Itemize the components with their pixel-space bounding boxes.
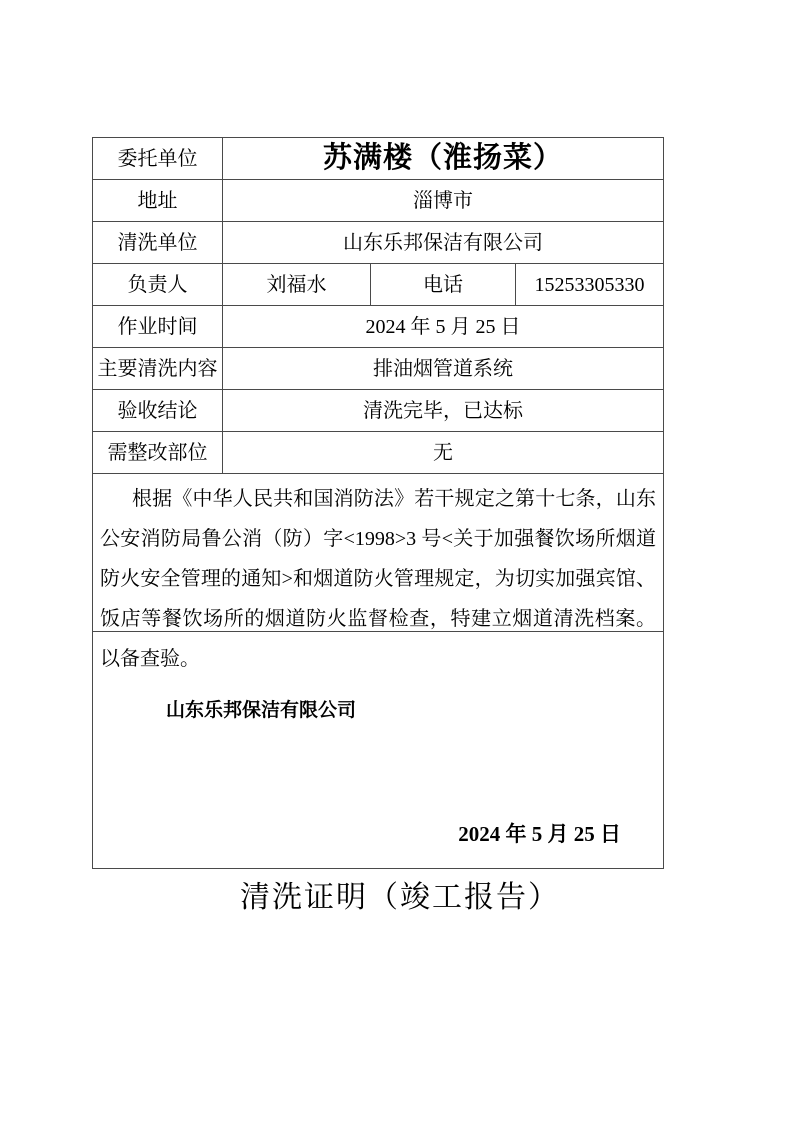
- table-row-acceptance-conclusion: 验收结论 清洗完毕，已达标: [93, 390, 663, 432]
- phone-number-value: 15253305330: [516, 264, 663, 305]
- rectification-value: 无: [223, 432, 663, 473]
- row-label-acceptance-conclusion: 验收结论: [93, 390, 223, 431]
- signature-date: 2024 年 5 月 25 日: [458, 818, 621, 848]
- document-page: 委托单位 苏满楼（淮扬菜） 地址 淄博市 清洗单位 山东乐邦保洁有限公司 负责人…: [0, 0, 800, 1131]
- table-row-rectification: 需整改部位 无: [93, 432, 663, 474]
- table-row-person-in-charge: 负责人 刘福水 电话 15253305330: [93, 264, 663, 306]
- row-label-client: 委托单位: [93, 138, 223, 179]
- row-label-work-date: 作业时间: [93, 306, 223, 347]
- row-label-cleaning-company: 清洗单位: [93, 222, 223, 263]
- row-label-rectification: 需整改部位: [93, 432, 223, 473]
- signature-section: 山东乐邦保洁有限公司 2024 年 5 月 25 日: [93, 632, 663, 868]
- row-label-cleaning-content: 主要清洗内容: [93, 348, 223, 389]
- table-row-cleaning-content: 主要清洗内容 排油烟管道系统: [93, 348, 663, 390]
- address-value: 淄博市: [223, 180, 663, 221]
- table-row-work-date: 作业时间 2024 年 5 月 25 日: [93, 306, 663, 348]
- notice-paragraph: 根据《中华人民共和国消防法》若干规定之第十七条，山东公安消防局鲁公消（防）字<1…: [93, 474, 663, 632]
- row-label-person-in-charge: 负责人: [93, 264, 223, 305]
- work-date-value: 2024 年 5 月 25 日: [223, 306, 663, 347]
- cleaning-record-table: 委托单位 苏满楼（淮扬菜） 地址 淄博市 清洗单位 山东乐邦保洁有限公司 负责人…: [92, 137, 664, 869]
- signature-company: 山东乐邦保洁有限公司: [166, 695, 356, 722]
- table-row-client: 委托单位 苏满楼（淮扬菜）: [93, 138, 663, 180]
- cleaning-company-value: 山东乐邦保洁有限公司: [223, 222, 663, 263]
- document-title: 清洗证明（竣工报告）: [0, 872, 800, 916]
- acceptance-conclusion-value: 清洗完毕，已达标: [223, 390, 663, 431]
- table-row-address: 地址 淄博市: [93, 180, 663, 222]
- cleaning-content-value: 排油烟管道系统: [223, 348, 663, 389]
- table-row-cleaning-company: 清洗单位 山东乐邦保洁有限公司: [93, 222, 663, 264]
- row-label-address: 地址: [93, 180, 223, 221]
- client-name-value: 苏满楼（淮扬菜）: [223, 138, 663, 179]
- row-label-phone: 电话: [371, 264, 516, 305]
- person-in-charge-value: 刘福水: [223, 264, 371, 305]
